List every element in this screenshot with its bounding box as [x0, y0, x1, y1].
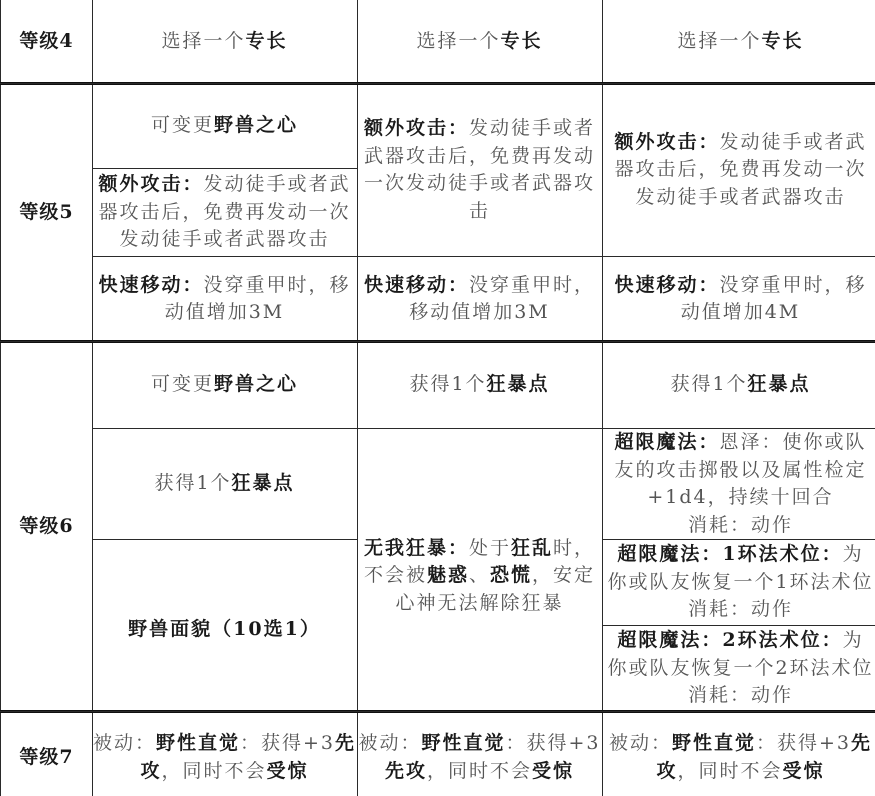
cell-text-line: 额外攻击：发动徒手或者武 — [614, 129, 866, 157]
body-text: 你或队友恢复一个1环法术位 — [607, 571, 873, 593]
lv7-option-b-feral-instinct-cell: 被动：野性直觉：获得+3先攻，同时不会受惊 — [357, 712, 603, 796]
body-text: ，同时不会 — [161, 760, 266, 782]
body-text: 消耗：动作 — [688, 598, 793, 620]
body-text: 友的攻击掷骰以及属性检定 — [614, 459, 866, 481]
keyword-text: 恐慌 — [490, 564, 532, 586]
keyword-text: 受惊 — [267, 760, 309, 782]
cell-text-line: 选择一个专长 — [677, 28, 803, 56]
lv7-option-c-feral-instinct-cell: 被动：野性直觉：获得+3先攻，同时不会受惊 — [602, 712, 875, 796]
lv5-option-c-fast-movement-cell: 快速移动：没穿重甲时，移动值增加4M — [602, 257, 875, 342]
cell-text-line: 心神无法解除狂暴 — [395, 590, 563, 618]
cell-text-line: 野兽面貌（10选1） — [128, 616, 321, 644]
lv6-option-c-overmagic-slot-1-cell: 超限魔法：1环法术位：为你或队友恢复一个1环法术位消耗：动作 — [602, 540, 875, 626]
cell-text-line: 移动值增加3M — [409, 299, 550, 327]
lv5-option-c-extra-attack-cell: 额外攻击：发动徒手或者武器攻击后，免费再发动一次发动徒手或者武器攻击 — [602, 84, 875, 257]
body-text: 器攻击后，免费再发动一次 — [614, 158, 866, 180]
cell-text-line: 消耗：动作 — [688, 682, 793, 710]
body-text: 没穿重甲时，移 — [204, 274, 351, 296]
lv5-option-b-fast-movement-cell: 快速移动：没穿重甲时，移动值增加3M — [357, 257, 603, 342]
lv4-option-c-choose-feat-cell: 选择一个专长 — [602, 0, 875, 84]
cell-text-line: 攻，同时不会受惊 — [140, 758, 308, 786]
level-7-label: 等级7 — [0, 712, 93, 796]
keyword-text: 狂暴点 — [487, 373, 550, 395]
body-text: 处于 — [469, 537, 511, 559]
cell-text-line: 被动：野性直觉：获得+3先 — [93, 730, 356, 758]
cell-text-line: 超限魔法：1环法术位：为 — [617, 541, 863, 569]
cell-text-line: 消耗：动作 — [688, 512, 793, 540]
body-text: ，同时不会 — [427, 760, 532, 782]
cell-text-line: 选择一个专长 — [161, 28, 287, 56]
cell-text-line: 器攻击后，免费再发动一次 — [614, 156, 866, 184]
body-text: 器攻击后，免费再发动一次 — [98, 201, 350, 223]
body-text: 不会被 — [364, 564, 427, 586]
lv6-option-a-beast-aspect-cell: 野兽面貌（10选1） — [92, 540, 358, 712]
body-text: 心神无法解除狂暴 — [395, 592, 563, 614]
keyword-text: 额外攻击： — [98, 173, 203, 195]
keyword-text: 额外攻击： — [614, 131, 719, 153]
body-text: 消耗：动作 — [688, 684, 793, 706]
body-text: 发动徒手或者武 — [204, 173, 351, 195]
lv5-option-a-fast-movement-cell: 快速移动：没穿重甲时，移动值增加3M — [92, 257, 358, 342]
keyword-text: 狂乱 — [511, 537, 553, 559]
cell-text-line: 可变更野兽之心 — [151, 371, 298, 399]
keyword-text: 攻 — [656, 760, 677, 782]
cell-text-line: 额外攻击：发动徒手或者 — [364, 115, 595, 143]
keyword-text: 快速移动： — [98, 274, 203, 296]
keyword-text: 超限魔法： — [614, 431, 719, 453]
keyword-text: 野兽之心 — [214, 373, 298, 395]
level-divider — [0, 340, 875, 343]
cell-text-line: 被动：野性直觉：获得+3先 — [609, 730, 872, 758]
body-text: ：获得+3 — [240, 732, 335, 754]
body-text: 被动： — [609, 732, 672, 754]
cell-text-line: 超限魔法：2环法术位：为 — [617, 627, 863, 655]
keyword-text: 魅惑 — [427, 564, 469, 586]
cell-text-line: +1d4，持续十回合 — [647, 484, 833, 512]
keyword-text: 先 — [851, 732, 872, 754]
level-5-label: 等级5 — [0, 84, 93, 342]
cell-text-line: 快速移动：没穿重甲时， — [364, 272, 595, 300]
body-text: 可变更 — [151, 114, 214, 136]
body-text: 消耗：动作 — [688, 514, 793, 536]
level-progression-table: 等级4 选择一个专长 选择一个专长 选择一个专长 等级5 可变更野兽之心 额外攻… — [0, 0, 875, 796]
cell-text-line: 先攻，同时不会受惊 — [385, 758, 574, 786]
cell-text-line: 击 — [469, 198, 490, 226]
body-text: 获得1个 — [154, 472, 231, 494]
body-text: 为 — [843, 543, 864, 565]
lv6-option-b-mindless-rage-cell: 无我狂暴：处于狂乱时，不会被魅惑、恐慌，安定心神无法解除狂暴 — [357, 429, 603, 712]
body-text: 为 — [843, 629, 864, 651]
keyword-text: 先 — [335, 732, 356, 754]
body-text: ，安定 — [532, 564, 595, 586]
cell-text-line: 消耗：动作 — [688, 596, 793, 624]
lv5-option-a-extra-attack-cell: 额外攻击：发动徒手或者武器攻击后，免费再发动一次发动徒手或者武器攻击 — [92, 169, 358, 257]
keyword-text: 无我狂暴： — [364, 537, 469, 559]
body-text: 你或队友恢复一个2环法术位 — [607, 657, 873, 679]
cell-text-line: 超限魔法：恩泽：使你或队 — [614, 429, 866, 457]
body-text: 没穿重甲时，移 — [720, 274, 867, 296]
lv6-option-c-overmagic-blessing-cell: 超限魔法：恩泽：使你或队友的攻击掷骰以及属性检定+1d4，持续十回合消耗：动作 — [602, 429, 875, 540]
body-text: 获得1个 — [409, 373, 486, 395]
level-label-text: 等级6 — [19, 513, 73, 541]
cell-text-line: 动值增加3M — [165, 299, 285, 327]
body-text: 被动： — [358, 732, 421, 754]
keyword-text: 受惊 — [783, 760, 825, 782]
keyword-text: 狂暴点 — [748, 373, 811, 395]
keyword-text: 专长 — [762, 30, 804, 52]
body-text: 时， — [553, 537, 595, 559]
lv4-option-b-choose-feat-cell: 选择一个专长 — [357, 0, 603, 84]
body-text: ，同时不会 — [677, 760, 782, 782]
keyword-text: 先攻 — [385, 760, 427, 782]
cell-text-line: 一次发动徒手或者武器攻 — [364, 170, 595, 198]
body-text: 发动徒手或者武 — [720, 131, 867, 153]
keyword-text: 受惊 — [532, 760, 574, 782]
keyword-text: 攻 — [140, 760, 161, 782]
keyword-text: 快速移动： — [614, 274, 719, 296]
body-text: 移动值增加3M — [409, 301, 550, 323]
level-6-label: 等级6 — [0, 342, 93, 712]
body-text: 击 — [469, 200, 490, 222]
cell-text-line: 快速移动：没穿重甲时，移 — [98, 272, 350, 300]
keyword-text: 野兽面貌（10选1） — [128, 618, 321, 640]
cell-text-line: 快速移动：没穿重甲时，移 — [614, 272, 866, 300]
body-text: 动值增加3M — [165, 301, 285, 323]
body-text: 获得1个 — [670, 373, 747, 395]
body-text: 武器攻击后，免费再发动 — [364, 145, 595, 167]
body-text: ：获得+3 — [756, 732, 851, 754]
lv5-option-b-extra-attack-cell: 额外攻击：发动徒手或者武器攻击后，免费再发动一次发动徒手或者武器攻击 — [357, 84, 603, 257]
body-text: 选择一个 — [677, 30, 761, 52]
cell-text-line: 友的攻击掷骰以及属性检定 — [614, 457, 866, 485]
cell-text-line: 获得1个狂暴点 — [154, 470, 294, 498]
body-text: 被动： — [93, 732, 156, 754]
level-label-text: 等级5 — [19, 199, 73, 227]
lv6-option-c-overmagic-slot-2-cell: 超限魔法：2环法术位：为你或队友恢复一个2环法术位消耗：动作 — [602, 626, 875, 712]
body-text: ：获得+3 — [506, 732, 601, 754]
lv6-option-c-rage-point-cell: 获得1个狂暴点 — [602, 342, 875, 429]
body-text: 没穿重甲时， — [469, 274, 595, 296]
level-4-label: 等级4 — [0, 0, 93, 84]
body-text: 发动徒手或者武器攻击 — [635, 186, 845, 208]
cell-text-line: 无我狂暴：处于狂乱时， — [364, 535, 595, 563]
body-text: +1d4，持续十回合 — [647, 486, 833, 508]
cell-text-line: 武器攻击后，免费再发动 — [364, 143, 595, 171]
keyword-text: 额外攻击： — [364, 117, 469, 139]
keyword-text: 超限魔法：2环法术位： — [617, 629, 842, 651]
cell-text-line: 被动：野性直觉：获得+3 — [358, 730, 600, 758]
keyword-text: 专长 — [246, 30, 288, 52]
keyword-text: 超限魔法：1环法术位： — [617, 543, 842, 565]
cell-text-line: 发动徒手或者武器攻击 — [119, 226, 329, 254]
level-divider — [0, 82, 875, 85]
cell-text-line: 不会被魅惑、恐慌，安定 — [364, 562, 595, 590]
cell-text-line: 获得1个狂暴点 — [409, 371, 549, 399]
keyword-text: 快速移动： — [364, 274, 469, 296]
level-divider — [0, 710, 875, 713]
keyword-text: 专长 — [501, 30, 543, 52]
lv5-option-a-change-beast-heart-cell: 可变更野兽之心 — [92, 84, 358, 169]
keyword-text: 狂暴点 — [232, 472, 295, 494]
cell-text-line: 攻，同时不会受惊 — [656, 758, 824, 786]
lv4-option-a-choose-feat-cell: 选择一个专长 — [92, 0, 358, 84]
body-text: 发动徒手或者 — [469, 117, 595, 139]
body-text: 可变更 — [151, 373, 214, 395]
cell-text-line: 选择一个专长 — [416, 28, 542, 56]
cell-text-line: 动值增加4M — [681, 299, 801, 327]
body-text: 一次发动徒手或者武器攻 — [364, 172, 595, 194]
cell-text-line: 可变更野兽之心 — [151, 112, 298, 140]
lv6-option-a-rage-point-cell: 获得1个狂暴点 — [92, 429, 358, 540]
body-text: 动值增加4M — [681, 301, 801, 323]
cell-text-line: 发动徒手或者武器攻击 — [635, 184, 845, 212]
body-text: 发动徒手或者武器攻击 — [119, 228, 329, 250]
body-text: 、 — [469, 564, 490, 586]
keyword-text: 野兽之心 — [214, 114, 298, 136]
level-label-text: 等级7 — [19, 744, 73, 772]
body-text: 恩泽：使你或队 — [720, 431, 867, 453]
cell-text-line: 获得1个狂暴点 — [670, 371, 810, 399]
keyword-text: 野性直觉 — [421, 732, 505, 754]
cell-text-line: 你或队友恢复一个2环法术位 — [607, 655, 873, 683]
lv6-option-a-change-beast-heart-cell: 可变更野兽之心 — [92, 342, 358, 429]
lv6-option-b-rage-point-cell: 获得1个狂暴点 — [357, 342, 603, 429]
cell-text-line: 你或队友恢复一个1环法术位 — [607, 569, 873, 597]
body-text: 选择一个 — [416, 30, 500, 52]
body-text: 选择一个 — [161, 30, 245, 52]
keyword-text: 野性直觉 — [156, 732, 240, 754]
cell-text-line: 器攻击后，免费再发动一次 — [98, 199, 350, 227]
lv7-option-a-feral-instinct-cell: 被动：野性直觉：获得+3先攻，同时不会受惊 — [92, 712, 358, 796]
keyword-text: 野性直觉 — [672, 732, 756, 754]
cell-text-line: 额外攻击：发动徒手或者武 — [98, 171, 350, 199]
level-label-text: 等级4 — [19, 28, 73, 56]
